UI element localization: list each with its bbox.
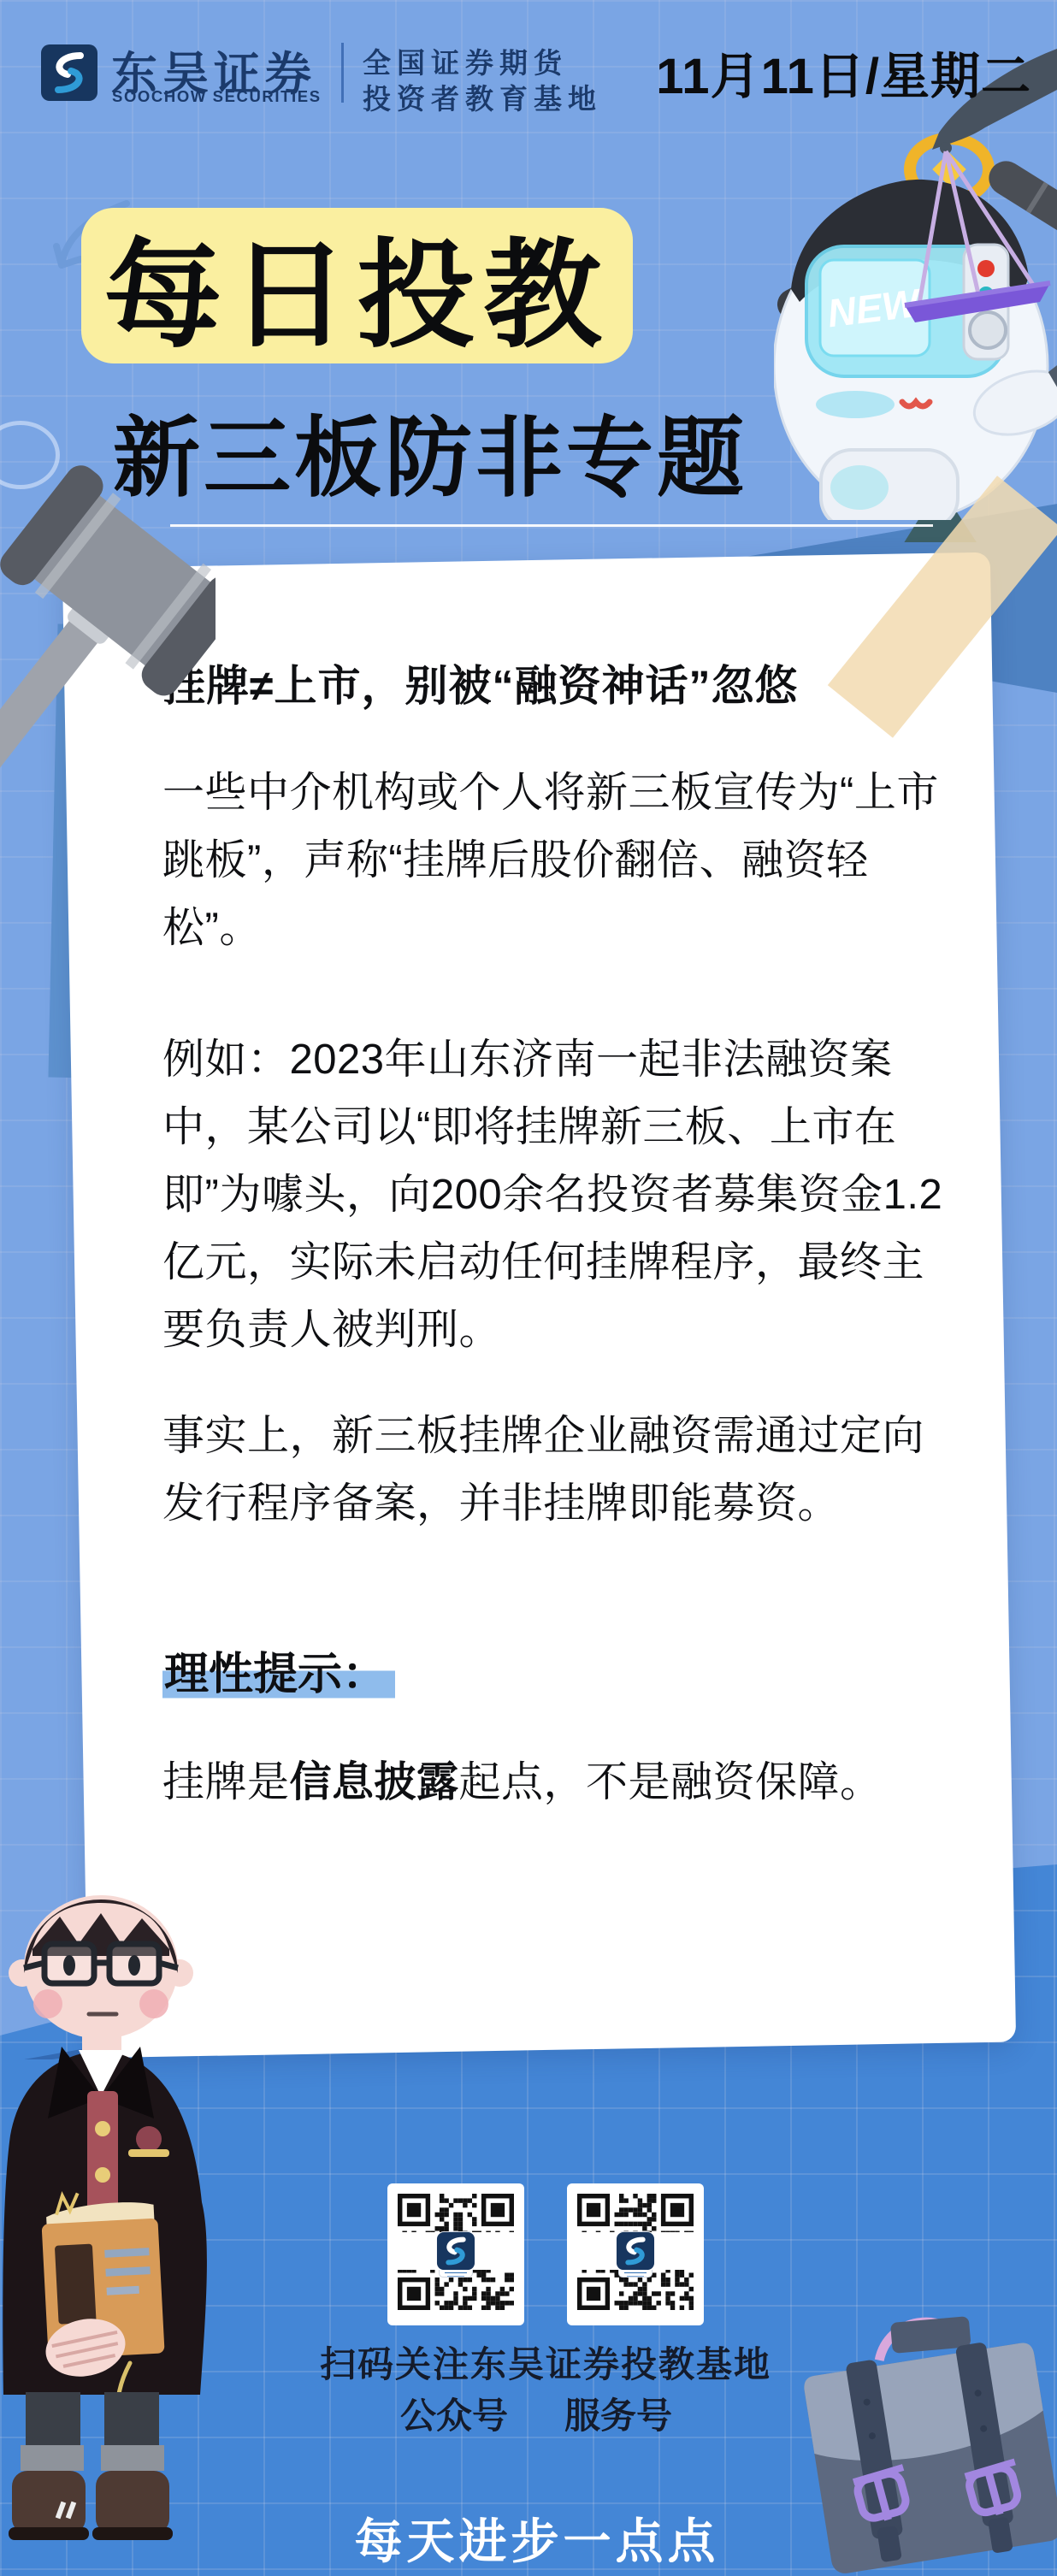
brand-name-en: SOOCHOW SECURITIES <box>112 87 322 106</box>
date-text: 11月11日/星期二 <box>656 36 1031 108</box>
briefcase-illustration <box>800 2299 1057 2576</box>
soochow-logo-mini-icon <box>577 2232 694 2270</box>
qr-code-public-account <box>387 2183 524 2325</box>
p4-suffix: 起点，不是融资保障。 <box>459 1759 883 1805</box>
education-base-line2: 投资者教育基地 <box>363 77 602 117</box>
footer-slogan: 每天进步一点点 <box>272 2504 802 2573</box>
qr-code-service-account <box>567 2183 704 2325</box>
p4-bold-term: 信息披露 <box>290 1759 459 1805</box>
qr-label-service: 服务号 <box>533 2388 704 2439</box>
judge-illustration <box>0 1835 214 2576</box>
divider-line <box>170 524 933 527</box>
qr-caption: 扫码关注东吴证券投教基地 <box>218 2337 873 2388</box>
qr-logo-bar <box>627 2276 644 2277</box>
qr-label-public: 公众号 <box>369 2388 540 2439</box>
card-paragraph-2: 例如：2023年山东济南一起非法融资案中，某公司以“即将挂牌新三板、上市在即”为… <box>162 1026 966 1364</box>
qr-center-logo <box>618 2231 653 2278</box>
badge-title: 每日投教 <box>103 201 610 370</box>
education-base-line1: 全国证券期货 <box>363 41 568 81</box>
rational-tip-label: 理性提示： <box>162 1638 966 1702</box>
qr-center-logo <box>439 2231 473 2278</box>
card-paragraph-3: 事实上，新三板挂牌企业融资需通过定向发行程序备案，并非挂牌即能募资。 <box>162 1403 966 1538</box>
daily-education-badge: 每日投教 <box>81 208 633 363</box>
rational-tip-highlight: 理性提示： <box>162 1650 395 1699</box>
qr-logo-bar <box>447 2276 464 2277</box>
card-paragraph-1: 一些中介机构或个人将新三板宣传为“上市跳板”，声称“挂牌后股价翻倍、融资轻松”。 <box>162 759 966 962</box>
qr-logo-bar <box>624 2272 647 2273</box>
gavel-icon <box>0 432 216 894</box>
qr-logo-bar <box>445 2272 467 2273</box>
card-paragraph-4: 挂牌是信息披露起点，不是融资保障。 <box>162 1749 966 1817</box>
soochow-logo-icon <box>41 44 97 101</box>
soochow-logo-mini-icon <box>398 2232 514 2270</box>
header: 东吴证券 SOOCHOW SECURITIES 全国证券期货 投资者教育基地 1… <box>0 0 1057 128</box>
header-divider <box>341 43 344 103</box>
p4-prefix: 挂牌是 <box>162 1759 290 1805</box>
poster-root: 东吴证券 SOOCHOW SECURITIES 全国证券期货 投资者教育基地 1… <box>0 0 1057 2576</box>
